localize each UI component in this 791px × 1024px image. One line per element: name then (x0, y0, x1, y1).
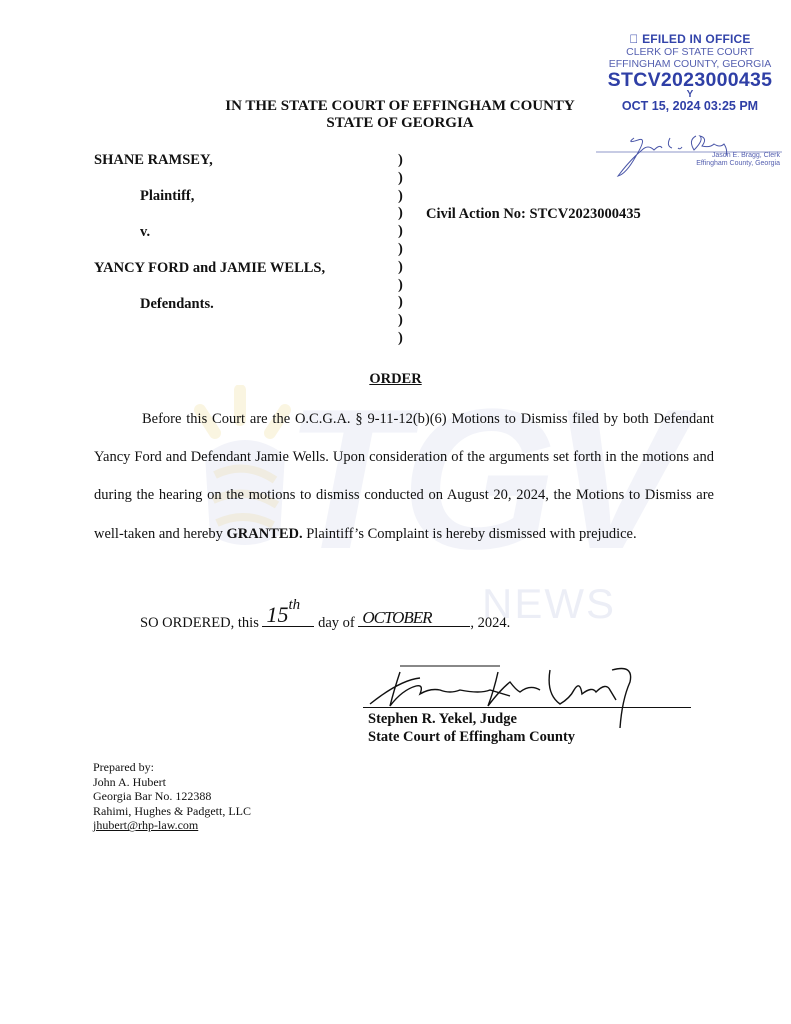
court-heading: IN THE STATE COURT OF EFFINGHAM COUNTY S… (190, 98, 610, 132)
handwritten-day: 15 (266, 602, 288, 628)
plaintiff-role: Plaintiff, (140, 188, 194, 205)
bar-number: Georgia Bar No. 122388 (93, 789, 251, 804)
preparer-email-link[interactable]: jhubert@rhp-law.com (93, 818, 251, 833)
preparer-name: John A. Hubert (93, 775, 251, 790)
granted-text: GRANTED. (226, 526, 302, 542)
efiling-stamp:  EFILED IN OFFICE CLERK OF STATE COURT … (600, 32, 780, 114)
court-state: STATE OF GEORGIA (190, 115, 610, 132)
clerk-signature-block: Jason E. Bragg, Clerk Effingham County, … (660, 152, 780, 168)
day-blank: 15 th (262, 612, 314, 627)
handwritten-day-suffix: th (288, 597, 300, 614)
order-title: ORDER (0, 371, 791, 388)
apple-icon:  (629, 32, 638, 46)
clerk-office: CLERK OF STATE COURT (600, 46, 780, 58)
judge-block: Stephen R. Yekel, Judge State Court of E… (368, 710, 575, 746)
caption-parentheses: ) ) ) ) ) ) ) ) ) ) ) (398, 152, 403, 348)
prepared-by-block: Prepared by: John A. Hubert Georgia Bar … (93, 760, 251, 833)
handwritten-month: OCTOBER (362, 608, 431, 628)
prepared-label: Prepared by: (93, 760, 251, 775)
so-ordered-line: SO ORDERED, this 15 th day of OCTOBER , … (140, 612, 510, 632)
civil-action-number: Civil Action No: STCV2023000435 (426, 206, 641, 223)
month-blank: OCTOBER (358, 612, 470, 627)
judge-signature-line (363, 707, 691, 708)
court-name: IN THE STATE COURT OF EFFINGHAM COUNTY (190, 98, 610, 115)
versus: v. (140, 224, 150, 241)
stamp-datetime: OCT 15, 2024 03:25 PM (600, 99, 780, 114)
stamp-mark: Y (600, 90, 780, 99)
efiled-title:  EFILED IN OFFICE (600, 32, 780, 46)
order-body: Before this Court are the O.C.G.A. § 9-1… (94, 400, 714, 553)
defendant-role: Defendants. (140, 296, 214, 313)
defendant-names: YANCY FORD and JAMIE WELLS, (94, 260, 325, 277)
stamp-case-number: STCV2023000435 (600, 70, 780, 90)
judge-court: State Court of Effingham County (368, 728, 575, 746)
law-firm: Rahimi, Hughes & Padgett, LLC (93, 804, 251, 819)
judge-name: Stephen R. Yekel, Judge (368, 710, 575, 728)
plaintiff-name: SHANE RAMSEY, (94, 152, 213, 169)
